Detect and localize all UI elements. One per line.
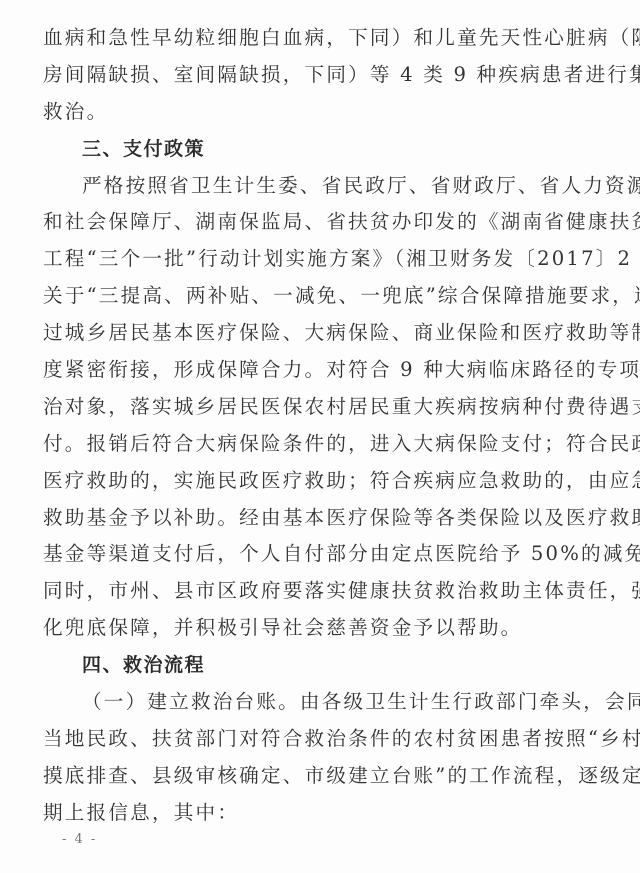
paragraph-line: 当地民政、扶贫部门对符合救治条件的农村贫困患者按照“乡村: [43, 721, 573, 758]
paragraph-line: 和社会保障厅、湖南保监局、省扶贫办印发的《湖南省健康扶贫: [43, 204, 573, 241]
paragraph-line: 期上报信息，其中：: [43, 795, 573, 832]
paragraph-line: 治对象，落实城乡居民医保农村居民重大疾病按病种付费待遇支: [43, 389, 573, 426]
paragraph-line: 救治。: [43, 94, 573, 131]
section-heading-payment-policy: 三、支付政策: [43, 131, 573, 168]
paragraph-line: 度紧密衔接，形成保障合力。对符合 9 种大病临床路径的专项救: [43, 352, 573, 389]
paragraph-line: 血病和急性早幼粒细胞白血病，下同）和儿童先天性心脏病（限: [43, 20, 573, 57]
paragraph-line: 房间隔缺损、室间隔缺损，下同）等 4 类 9 种疾病患者进行集中: [43, 57, 573, 94]
paragraph-line: 化兜底保障，并积极引导社会慈善资金予以帮助。: [43, 610, 573, 647]
paragraph-line: 过城乡居民基本医疗保险、大病保险、商业保险和医疗救助等制: [43, 315, 573, 352]
paragraph-line: 同时，市州、县市区政府要落实健康扶贫救治救助主体责任，强: [43, 573, 573, 610]
document-page: 血病和急性早幼粒细胞白血病，下同）和儿童先天性心脏病（限 房间隔缺损、室间隔缺损…: [0, 0, 640, 873]
paragraph-line: 关于“三提高、两补贴、一减免、一兜底”综合保障措施要求，通: [43, 278, 573, 315]
page-number: - 4 -: [62, 832, 97, 847]
paragraph-line: 工程“三个一批”行动计划实施方案》（湘卫财务发〔2017〕2 号）: [43, 241, 573, 278]
section-heading-treatment-process: 四、救治流程: [43, 647, 573, 684]
paragraph-line: 付。报销后符合大病保险条件的，进入大病保险支付；符合民政: [43, 426, 573, 463]
paragraph-line: 医疗救助的，实施民政医疗救助；符合疾病应急救助的，由应急: [43, 463, 573, 500]
paragraph-line: 摸底排查、县级审核确定、市级建立台账”的工作流程，逐级定: [43, 758, 573, 795]
paragraph-line: （一）建立救治台账。由各级卫生计生行政部门牵头，会同: [43, 684, 573, 721]
document-body: 血病和急性早幼粒细胞白血病，下同）和儿童先天性心脏病（限 房间隔缺损、室间隔缺损…: [43, 20, 573, 832]
paragraph-line: 基金等渠道支付后，个人自付部分由定点医院给予 50%的减免。: [43, 536, 573, 573]
paragraph-line: 救助基金予以补助。经由基本医疗保险等各类保险以及医疗救助: [43, 500, 573, 537]
paragraph-line: 严格按照省卫生计生委、省民政厅、省财政厅、省人力资源: [43, 168, 573, 205]
